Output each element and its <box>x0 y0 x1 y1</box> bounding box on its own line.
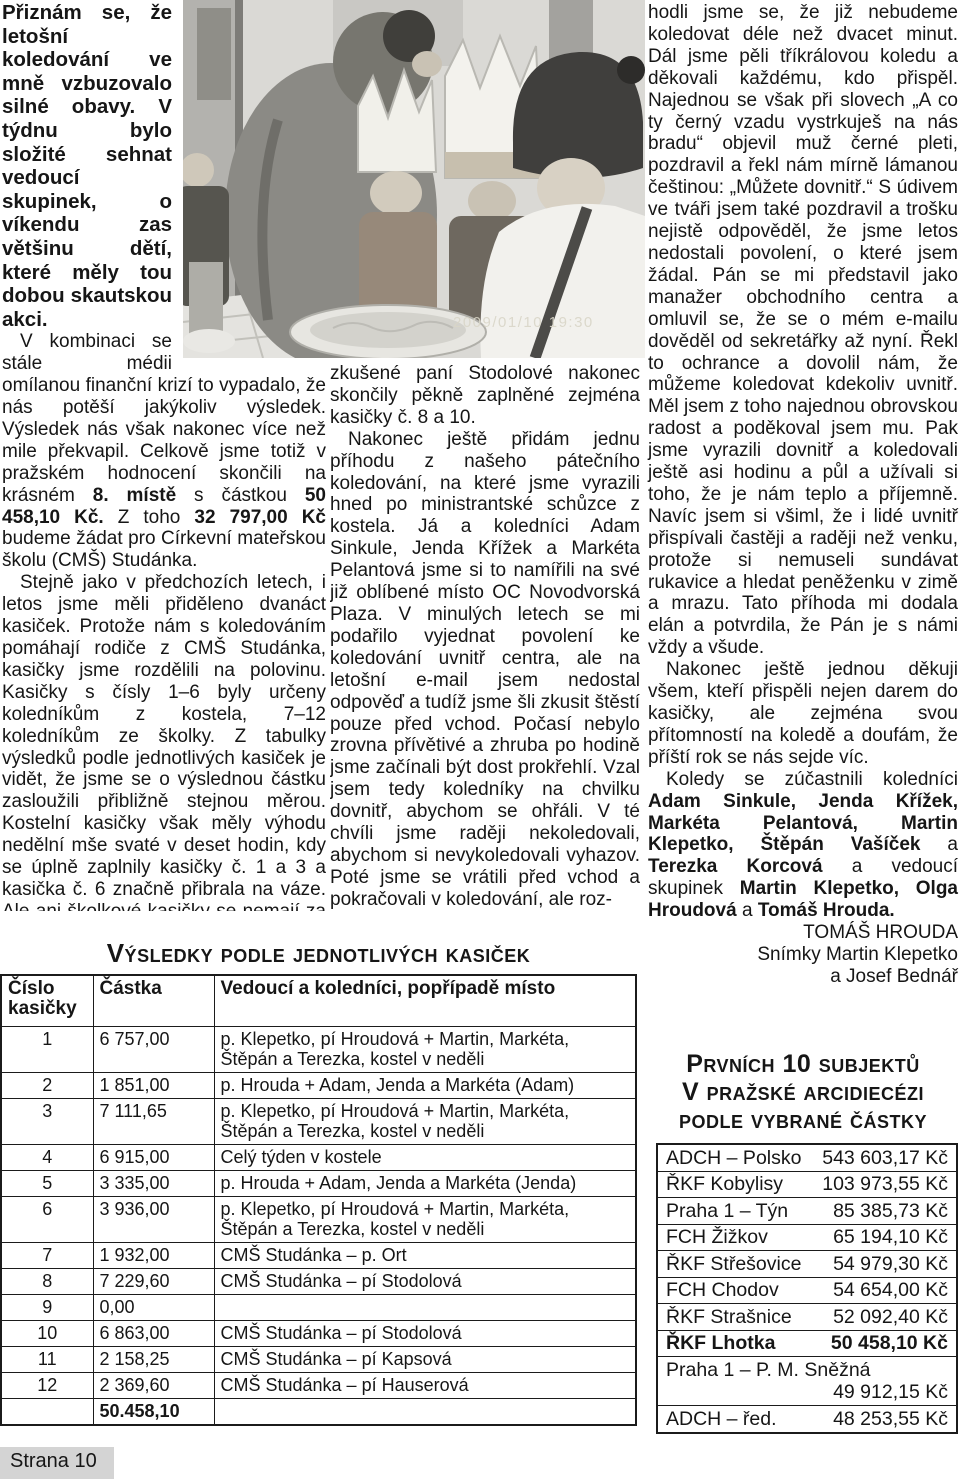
subject-amount: 48 253,55 Kč <box>833 1408 948 1431</box>
cell-desc: CMŠ Studánka – p. Ort <box>214 1242 636 1268</box>
text-run: a <box>920 834 958 855</box>
cell-amount: 1 932,00 <box>93 1242 214 1268</box>
cell-number: 6 <box>1 1196 93 1242</box>
header-box-number: Číslo kasičky <box>1 975 93 1026</box>
article-signature: TOMÁŠ HROUDASnímky Martin Klepetkoa Jose… <box>648 922 958 988</box>
results-row: 53 335,00p. Hrouda + Adam, Jenda a Marké… <box>1 1170 636 1196</box>
results-row: 122 369,60CMŠ Studánka – pí Hauserová <box>1 1372 636 1398</box>
subject-name: ADCH – řed. <box>666 1408 777 1431</box>
page-number: Strana 10 <box>10 1450 97 1472</box>
top10-title-line: Prvních 10 subjektů <box>648 1050 958 1078</box>
signature-line: a Josef Bednář <box>648 966 958 988</box>
subject-amount: 103 973,55 Kč <box>822 1173 948 1196</box>
newsletter-page: 2009/01/10 19:30 Přiznám se, že letošní … <box>0 0 960 1483</box>
text-run: Nakonec ještě přidám jednu příhodu z naš… <box>330 429 640 910</box>
paragraph: V kombinaci se stále médii omílanou fina… <box>2 331 326 572</box>
subject-amount: 85 385,73 Kč <box>833 1200 948 1223</box>
subject-name: ADCH – Polsko <box>666 1147 801 1170</box>
subject-amount: 50 458,10 Kč <box>831 1332 948 1355</box>
results-row: 16 757,00p. Klepetko, pí Hroudová + Mart… <box>1 1026 636 1072</box>
bold-text-run: 8. místě <box>93 485 176 506</box>
top10-row: FCH Žižkov65 194,10 Kč <box>658 1224 956 1251</box>
photo-spacer <box>172 1 326 363</box>
subject-name: FCH Chodov <box>666 1279 779 1302</box>
paragraph: Koledy se zúčastnili koledníci Adam Sink… <box>648 769 958 922</box>
cell-amount: 3 936,00 <box>93 1196 214 1242</box>
paragraph: hodli jsme se, že již nebudeme koledovat… <box>648 2 958 659</box>
top10-row: Praha 1 – P. M. Sněžná49 912,15 Kč <box>658 1356 956 1405</box>
cell-desc <box>214 1294 636 1320</box>
top10-title: Prvních 10 subjektůV pražské arcidiecézi… <box>648 1050 958 1134</box>
cell-desc: Celý týden v kostele <box>214 1144 636 1170</box>
top10-row: Praha 1 – Týn85 385,73 Kč <box>658 1197 956 1224</box>
subject-name: FCH Žižkov <box>666 1226 768 1249</box>
right-column-text: hodli jsme se, že již nebudeme koledovat… <box>648 2 958 922</box>
text-run: budeme žádat pro Církevní mateřskou škol… <box>2 528 326 571</box>
cell-amount: 6 863,00 <box>93 1320 214 1346</box>
text-run: Nakonec ještě jednou děkuji všem, kteří … <box>648 659 958 768</box>
signature-line: Snímky Martin Klepetko <box>648 944 958 966</box>
results-row: 63 936,00p. Klepetko, pí Hroudová + Mart… <box>1 1196 636 1242</box>
cell-amount: 2 158,25 <box>93 1346 214 1372</box>
text-run: zkušené paní Stodolové nakonec skončily … <box>330 363 640 428</box>
subject-amount: 52 092,40 Kč <box>833 1306 948 1329</box>
cell-number: 1 <box>1 1026 93 1072</box>
subject-amount: 49 912,15 Kč <box>833 1381 948 1404</box>
top10-section: Prvních 10 subjektůV pražské arcidiecézi… <box>648 1050 958 1434</box>
subject-name: Praha 1 – P. M. Sněžná <box>666 1359 871 1382</box>
cell-desc: CMŠ Studánka – pí Stodolová <box>214 1268 636 1294</box>
cell-amount: 7 229,60 <box>93 1268 214 1294</box>
subject-amount: 54 654,00 Kč <box>833 1279 948 1302</box>
paragraph: zkušené paní Stodolové nakonec skončily … <box>330 363 640 429</box>
cell-number: 2 <box>1 1072 93 1098</box>
results-row: 112 158,25CMŠ Studánka – pí Kapsová <box>1 1346 636 1372</box>
signature-line: TOMÁŠ HROUDA <box>648 922 958 944</box>
results-row: 90,00 <box>1 1294 636 1320</box>
results-row: 37 111,65p. Klepetko, pí Hroudová + Mart… <box>1 1098 636 1144</box>
top10-row: ADCH – řed.48 253,55 Kč <box>658 1405 956 1432</box>
photo-timestamp: 2009/01/10 19:30 <box>453 314 594 331</box>
top10-row: FCH Chodov54 654,00 Kč <box>658 1277 956 1304</box>
results-table-section: Výsledky podle jednotlivých kasiček Čísl… <box>0 938 637 1426</box>
page-footer: Strana 10 <box>0 1447 114 1479</box>
cell-amount: 0,00 <box>93 1294 214 1320</box>
top10-row: ŘKF Střešovice54 979,30 Kč <box>658 1250 956 1277</box>
total-empty-number <box>1 1398 93 1425</box>
cell-amount: 3 335,00 <box>93 1170 214 1196</box>
subject-amount: 65 194,10 Kč <box>833 1226 948 1249</box>
paragraph: Nakonec ještě jednou děkuji všem, kteří … <box>648 659 958 769</box>
bold-text-run: Adam Sinkule, Jenda Křížek, Markéta Pela… <box>648 791 958 856</box>
subject-amount: 543 603,17 Kč <box>822 1147 948 1170</box>
top10-title-line: V pražské arcidiecézi <box>648 1078 958 1106</box>
text-run: Stejně jako v předchozích letech, i leto… <box>2 572 326 911</box>
total-empty-desc <box>214 1398 636 1425</box>
subject-name: ŘKF Kobylisy <box>666 1173 783 1196</box>
results-header-row: Číslo kasičky Částka Vedoucí a koledníci… <box>1 975 636 1026</box>
text-run: Z toho <box>104 507 195 528</box>
top10-table: ADCH – Polsko543 603,17 KčŘKF Kobylisy10… <box>656 1143 958 1434</box>
subject-name: ŘKF Střešovice <box>666 1253 801 1276</box>
cell-desc: CMŠ Studánka – pí Stodolová <box>214 1320 636 1346</box>
text-run: s částkou <box>176 485 305 506</box>
cell-number: 9 <box>1 1294 93 1320</box>
column-left: Přiznám se, že letošní koledování ve mně… <box>2 1 326 911</box>
bold-text-run: Tomáš Hrouda. <box>758 900 895 921</box>
cell-desc: p. Klepetko, pí Hroudová + Martin, Marké… <box>214 1196 636 1242</box>
paragraph: Stejně jako v předchozích letech, i leto… <box>2 572 326 911</box>
top10-row: ADCH – Polsko543 603,17 Kč <box>658 1145 956 1171</box>
header-leaders: Vedoucí a koledníci, popřípadě místo <box>214 975 636 1026</box>
results-row: 46 915,00Celý týden v kostele <box>1 1144 636 1170</box>
cell-number: 7 <box>1 1242 93 1268</box>
cell-amount: 2 369,60 <box>93 1372 214 1398</box>
results-row: 87 229,60CMŠ Studánka – pí Stodolová <box>1 1268 636 1294</box>
results-row: 71 932,00CMŠ Studánka – p. Ort <box>1 1242 636 1268</box>
results-total-row: 50.458,10 <box>1 1398 636 1425</box>
subject-name: ŘKF Lhotka <box>666 1332 775 1355</box>
paragraph: Nakonec ještě přidám jednu příhodu z naš… <box>330 429 640 911</box>
cell-desc: p. Klepetko, pí Hroudová + Martin, Marké… <box>214 1026 636 1072</box>
cell-amount: 7 111,65 <box>93 1098 214 1144</box>
results-table: Číslo kasičky Částka Vedoucí a koledníci… <box>0 974 637 1426</box>
cell-number: 3 <box>1 1098 93 1144</box>
bold-text-run: Přiznám se, že letošní koledování ve mně… <box>2 1 172 331</box>
text-run: Koledy se zúčastnili koledníci <box>666 769 958 790</box>
cell-number: 10 <box>1 1320 93 1346</box>
cell-amount: 6 757,00 <box>93 1026 214 1072</box>
total-amount: 50.458,10 <box>93 1398 214 1425</box>
cell-number: 12 <box>1 1372 93 1398</box>
cell-number: 8 <box>1 1268 93 1294</box>
column-middle: zkušené paní Stodolové nakonec skončily … <box>330 363 640 911</box>
top10-row: ŘKF Strašnice52 092,40 Kč <box>658 1303 956 1330</box>
bold-text-run: 32 797,00 Kč <box>194 507 326 528</box>
top10-row: ŘKF Kobylisy103 973,55 Kč <box>658 1171 956 1198</box>
cell-number: 4 <box>1 1144 93 1170</box>
results-table-title: Výsledky podle jednotlivých kasiček <box>0 938 637 968</box>
cell-desc: p. Klepetko, pí Hroudová + Martin, Marké… <box>214 1098 636 1144</box>
subject-name: Praha 1 – Týn <box>666 1200 788 1223</box>
cell-amount: 6 915,00 <box>93 1144 214 1170</box>
top10-row: ŘKF Lhotka50 458,10 Kč <box>658 1330 956 1357</box>
cell-desc: p. Hrouda + Adam, Jenda a Markéta (Adam) <box>214 1072 636 1098</box>
cell-number: 11 <box>1 1346 93 1372</box>
cell-amount: 1 851,00 <box>93 1072 214 1098</box>
column-right: hodli jsme se, že již nebudeme koledovat… <box>648 2 958 988</box>
cell-number: 5 <box>1 1170 93 1196</box>
subject-name: ŘKF Strašnice <box>666 1306 792 1329</box>
bold-text-run: Terezka Korcová <box>648 856 823 877</box>
text-run: a <box>737 900 758 921</box>
results-row: 21 851,00p. Hrouda + Adam, Jenda a Marké… <box>1 1072 636 1098</box>
cell-desc: CMŠ Studánka – pí Kapsová <box>214 1346 636 1372</box>
subject-amount: 54 979,30 Kč <box>833 1253 948 1276</box>
cell-desc: p. Hrouda + Adam, Jenda a Markéta (Jenda… <box>214 1170 636 1196</box>
cell-desc: CMŠ Studánka – pí Hauserová <box>214 1372 636 1398</box>
text-run: hodli jsme se, že již nebudeme koledovat… <box>648 2 958 658</box>
results-row: 106 863,00CMŠ Studánka – pí Stodolová <box>1 1320 636 1346</box>
header-amount: Částka <box>93 975 214 1026</box>
top10-title-line: podle vybrané částky <box>648 1106 958 1134</box>
